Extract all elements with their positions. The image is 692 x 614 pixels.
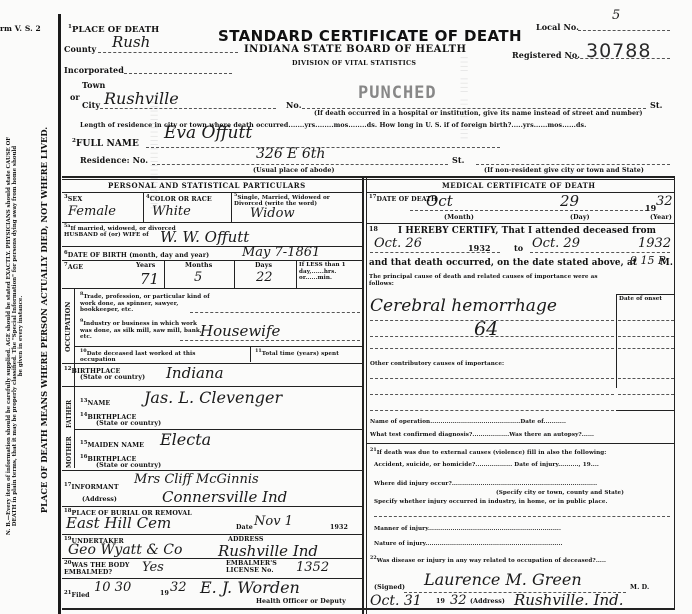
year-label: (Year) [650,214,672,221]
burial-value: East Hill Cem [66,514,171,532]
local-no-value: 5 [612,8,620,23]
usual-place-note: (Usual place of abode) [253,167,335,174]
mother-birthplace-sub: (State or country) [96,462,161,469]
father-name-value: Jas. L. Clevenger [144,388,282,407]
physician-signature: Laurence M. Green [424,570,582,589]
age-years-value: 71 [140,270,159,288]
sidebar-place-note: PLACE OF DEATH MEANS WHERE PERSON ACTUAL… [39,40,49,600]
where-injury-label: Where did injury occur?.................… [374,481,597,487]
dod-year-prefix: 19 [645,203,656,213]
or-label: or [70,92,80,102]
residence-label: Residence: No. [80,155,148,165]
cause-value: Cerebral hemorrhage [370,296,557,316]
attended-from-year: 1932 [468,243,491,253]
mother-name-label: 15MAIDEN NAME [80,440,144,449]
attended-from: Oct. 26 [374,236,422,251]
signed-year-prefix: 19 [436,598,445,605]
external-label: 21If death was due to external causes (v… [370,448,606,456]
m-label: M. [660,258,673,268]
father-birthplace-sub: (State or country) [96,420,161,427]
street-no-label: No. [286,100,302,110]
death-time-text: and that death occurred, on the date sta… [369,258,637,268]
accident-label: Accident, suicide, or homicide?.........… [374,462,599,468]
city-value: Rushville [104,89,179,108]
left-border [58,14,61,614]
filed-date: 10 30 [94,580,131,595]
spouse-value: W. W. Offutt [160,228,249,246]
age-months-value: 5 [194,270,202,285]
age-days-value: 22 [256,270,273,285]
embalmed-label: 20WAS THE BODY EMBALMED? [64,560,144,576]
age-label: 7AGE [64,262,83,271]
last-worked-label: 10Date deceased last worked at this occu… [80,349,200,364]
residence-value: 326 E 6th [256,146,325,162]
full-name-value: Eva Offutt [164,123,252,143]
informant-address-value: Connersville Ind [162,488,287,506]
industry-label: 9Industry or business in which work was … [80,319,210,341]
md-label: M. D. [630,584,649,591]
total-time-label: 11Total time (years) spent [252,349,342,357]
license-value: 1352 [296,560,329,575]
punched-stamp: PUNCHED [358,83,437,103]
attended-to-year: 1932 [638,236,671,251]
to-label: to [514,243,523,253]
county-label: County [64,44,96,54]
physician-address: Rushville. Ind. [514,591,624,609]
birthplace-value: Indiana [166,364,224,382]
board-name: INDIANA STATE BOARD OF HEALTH [244,44,466,55]
health-officer-signature: E. J. Worden [200,578,300,597]
local-no-label: Local No. [536,22,579,32]
filed-year: 32 [170,580,187,595]
diagnosis-label: What test confirmed diagnosis?..........… [370,432,594,438]
mother-side-label: MOTHER [66,436,73,468]
informant-value: Mrs Cliff McGinnis [134,472,259,487]
full-name-label: 2FULL NAME [72,138,139,149]
sidebar-instructions: N. B.—Every item of information should b… [6,66,25,606]
undertaker-value: Geo Wyatt & Co [68,542,182,558]
informant-label: 17INFORMANT [64,482,119,491]
residence-length-label: Length of residence in city or town wher… [80,122,586,129]
death-certificate: |||||||||||||||||||||||||| |||| ||||| ||… [0,0,692,614]
nature-label: Nature of injury........................… [374,541,563,547]
street-st-label: St. [650,100,663,110]
specify-city-label: (Specify city or town, county and State) [496,490,624,496]
form-number: rm V. S. 2 [0,24,41,33]
signed-date: Oct. 31 [370,593,422,609]
signed-label: (Signed) [374,584,405,591]
incorporated-label: Incorporated [64,65,124,75]
personal-heading: PERSONAL AND STATISTICAL PARTICULARS [108,181,306,190]
occupation-side-label: OCCUPATION [64,302,72,352]
sex-label: 3SEX [64,194,82,203]
address-label: (Address) [470,598,505,605]
certify-text: I HEREBY CERTIFY, That I attended deceas… [398,226,656,236]
burial-date-label: Date [236,524,253,531]
county-value: Rush [112,33,150,51]
city-label: City [82,100,100,110]
specify-place-label: Specify whether injury occurred in indus… [374,499,608,505]
mother-name-value: Electa [160,430,211,449]
sex-value: Female [68,204,116,219]
health-officer-label: Health Officer or Deputy [256,598,346,605]
color-value: White [152,204,191,219]
burial-date-value: Nov 1 [254,514,293,529]
other-causes-label: Other contributory causes of importance: [370,361,504,367]
dob-value: May 7-1861 [242,245,320,260]
occupation-related-label: 22Was disease or injury in any way relat… [370,556,606,564]
license-label: EMBALMER'S LICENSE No. [226,560,296,574]
signed-year: 32 [450,593,467,608]
color-label: 4COLOR OR RACE [146,194,212,203]
father-side-label: FATHER [66,400,73,428]
principal-cause-label: The principal cause of death and related… [369,274,609,287]
dob-label: 6DATE OF BIRTH (month, day and year) [64,250,209,259]
trade-label: 8Trade, profession, or particular kind o… [80,292,210,314]
dod-day: 29 [560,192,579,210]
age-years-label: Years [136,262,155,269]
father-name-label: 13NAME [80,398,110,407]
division-name: DIVISION OF VITAL STATISTICS [292,60,416,67]
operation-label: Name of operation.......................… [370,419,566,425]
dod-year: 32 [656,194,673,209]
medical-heading: MEDICAL CERTIFICATE OF DEATH [442,181,596,190]
filed-label: 21Filed [64,590,90,599]
town-label: Town [82,80,105,90]
residence-st-label: St. [452,155,465,165]
month-label: (Month) [444,214,474,221]
informant-address-label: (Address) [82,496,117,503]
marital-value: Widow [250,206,295,221]
day-label: (Day) [570,214,590,221]
embalmed-value: Yes [142,560,164,575]
certify-num: 18 [369,226,378,233]
non-resident-note: (If non-resident give city or town and S… [484,167,644,174]
age-months-label: Months [185,262,212,269]
registered-no-value: 30788 [586,40,651,62]
dod-month: Oct [426,192,453,210]
filed-year-prefix: 19 [160,590,169,597]
attended-to: Oct. 29 [532,236,580,251]
burial-year: 1932 [330,524,348,531]
date-of-onset-label: Date of onset [619,296,662,302]
manner-label: Manner of injury........................… [374,526,561,532]
age-less-label: If LESS than 1 day,......hrs. or......mi… [299,262,361,282]
occupation-value: Housewife [200,322,280,340]
hospital-note: (If death occurred in a hospital or inst… [314,110,643,117]
birthplace-sub: (State or country) [80,374,145,381]
age-days-label: Days [255,262,272,269]
certificate-title: STANDARD CERTIFICATE OF DEATH [218,27,522,45]
